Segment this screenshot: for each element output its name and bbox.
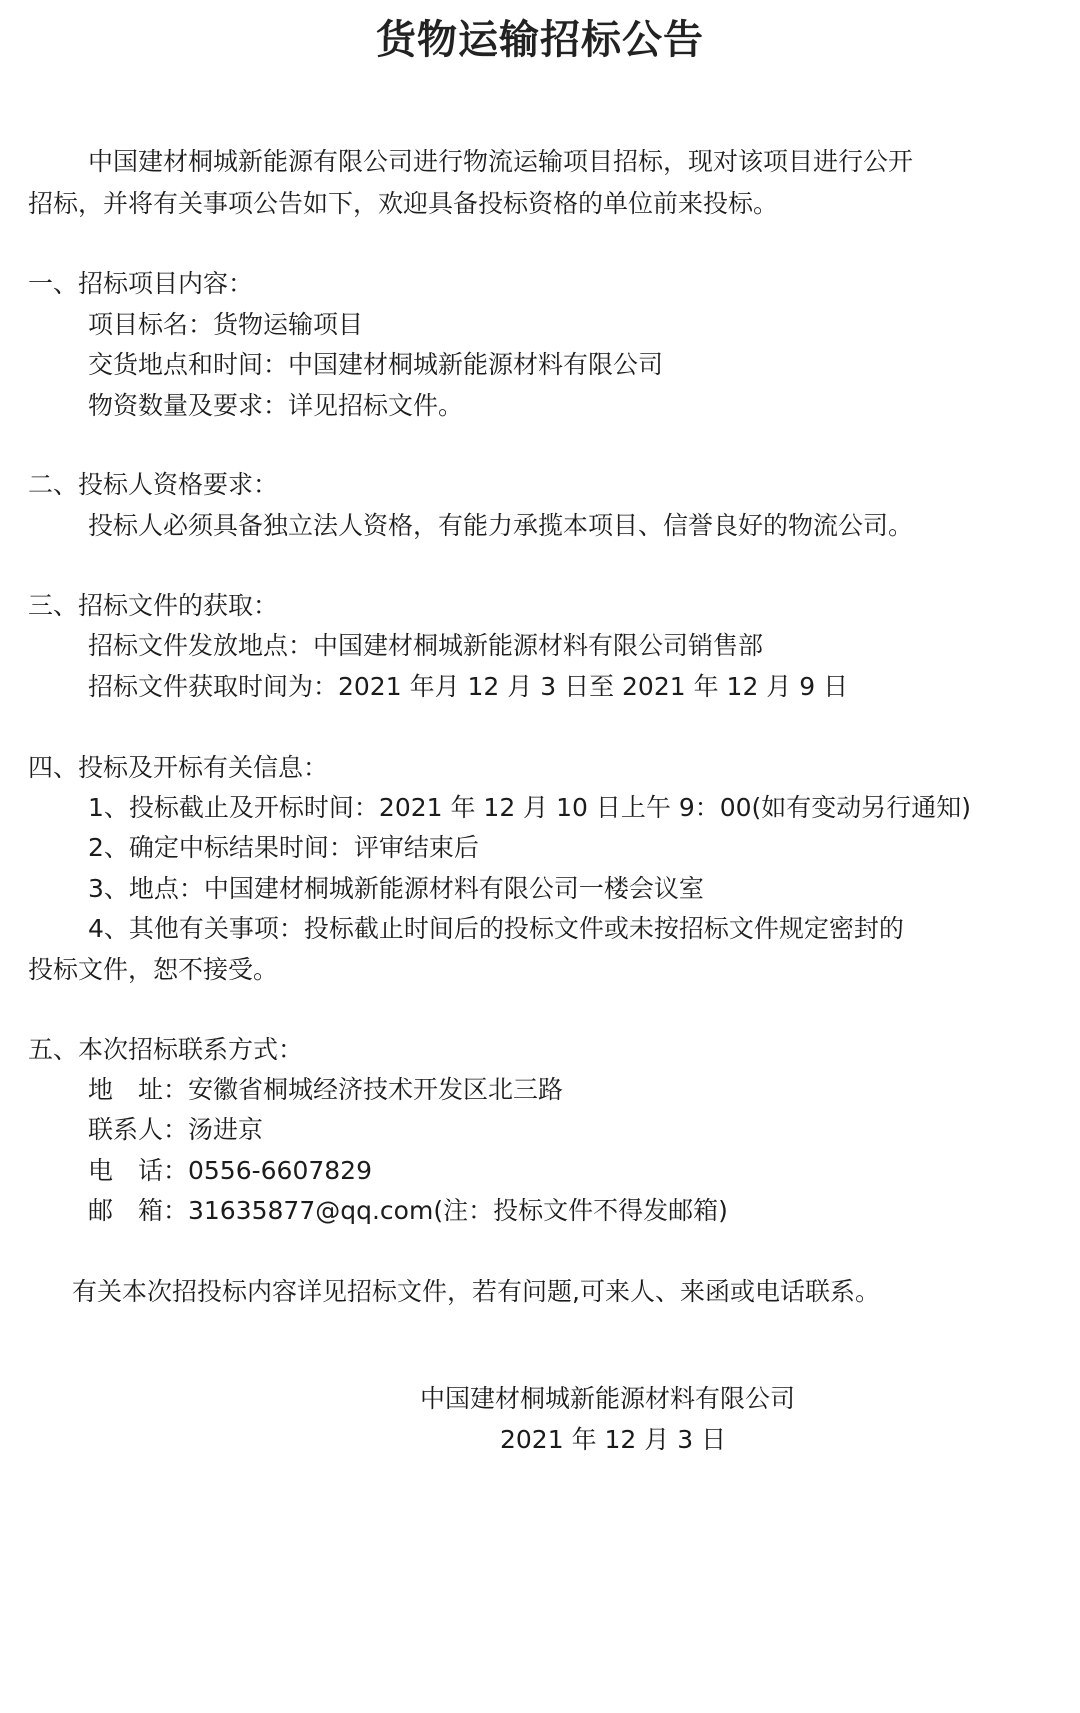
intro-line-1: 中国建材桐城新能源有限公司进行物流运输项目招标，现对该项目进行公开	[88, 146, 913, 178]
signature-company: 中国建材桐城新能源材料有限公司	[420, 1383, 795, 1415]
other-matters-continuation: 投标文件，恕不接受。	[28, 954, 278, 986]
contact-email: 邮 箱：31635877@qq.com(注：投标文件不得发邮箱)	[88, 1195, 728, 1227]
delivery-location: 交货地点和时间：中国建材桐城新能源材料有限公司	[88, 349, 663, 381]
bidder-qualification: 投标人必须具备独立法人资格，有能力承揽本项目、信誉良好的物流公司。	[88, 510, 913, 542]
intro-line-2: 招标，并将有关事项公告如下，欢迎具备投标资格的单位前来投标。	[28, 188, 778, 220]
section-heading: 一、招标项目内容：	[28, 268, 253, 300]
contact-person: 联系人：汤进京	[88, 1114, 263, 1146]
other-matters: 4、其他有关事项：投标截止时间后的投标文件或未按招标文件规定密封的	[88, 913, 904, 945]
signature-date: 2021 年 12 月 3 日	[500, 1424, 726, 1456]
page-title: 货物运输招标公告	[0, 8, 1080, 65]
contact-address: 地 址：安徽省桐城经济技术开发区北三路	[88, 1074, 563, 1106]
result-time: 2、确定中标结果时间：评审结束后	[88, 832, 479, 864]
document-period: 招标文件获取时间为：2021 年月 12 月 3 日至 2021 年 12 月 …	[88, 671, 848, 703]
project-name: 项目标名：货物运输项目	[88, 309, 363, 341]
bid-location: 3、地点：中国建材桐城新能源材料有限公司一楼会议室	[88, 873, 704, 905]
section-heading: 二、投标人资格要求：	[28, 469, 278, 501]
bid-deadline: 1、投标截止及开标时间：2021 年 12 月 10 日上午 9：00(如有变动…	[88, 792, 971, 824]
section-heading: 四、投标及开标有关信息：	[28, 752, 328, 784]
document-location: 招标文件发放地点：中国建材桐城新能源材料有限公司销售部	[88, 630, 763, 662]
contact-phone: 电 话：0556-6607829	[88, 1155, 372, 1187]
material-requirements: 物资数量及要求：详见招标文件。	[88, 390, 463, 422]
section-heading: 三、招标文件的获取：	[28, 590, 278, 622]
closing-note: 有关本次招投标内容详见招标文件，若有问题,可来人、来函或电话联系。	[72, 1276, 880, 1308]
section-heading: 五、本次招标联系方式：	[28, 1034, 303, 1066]
